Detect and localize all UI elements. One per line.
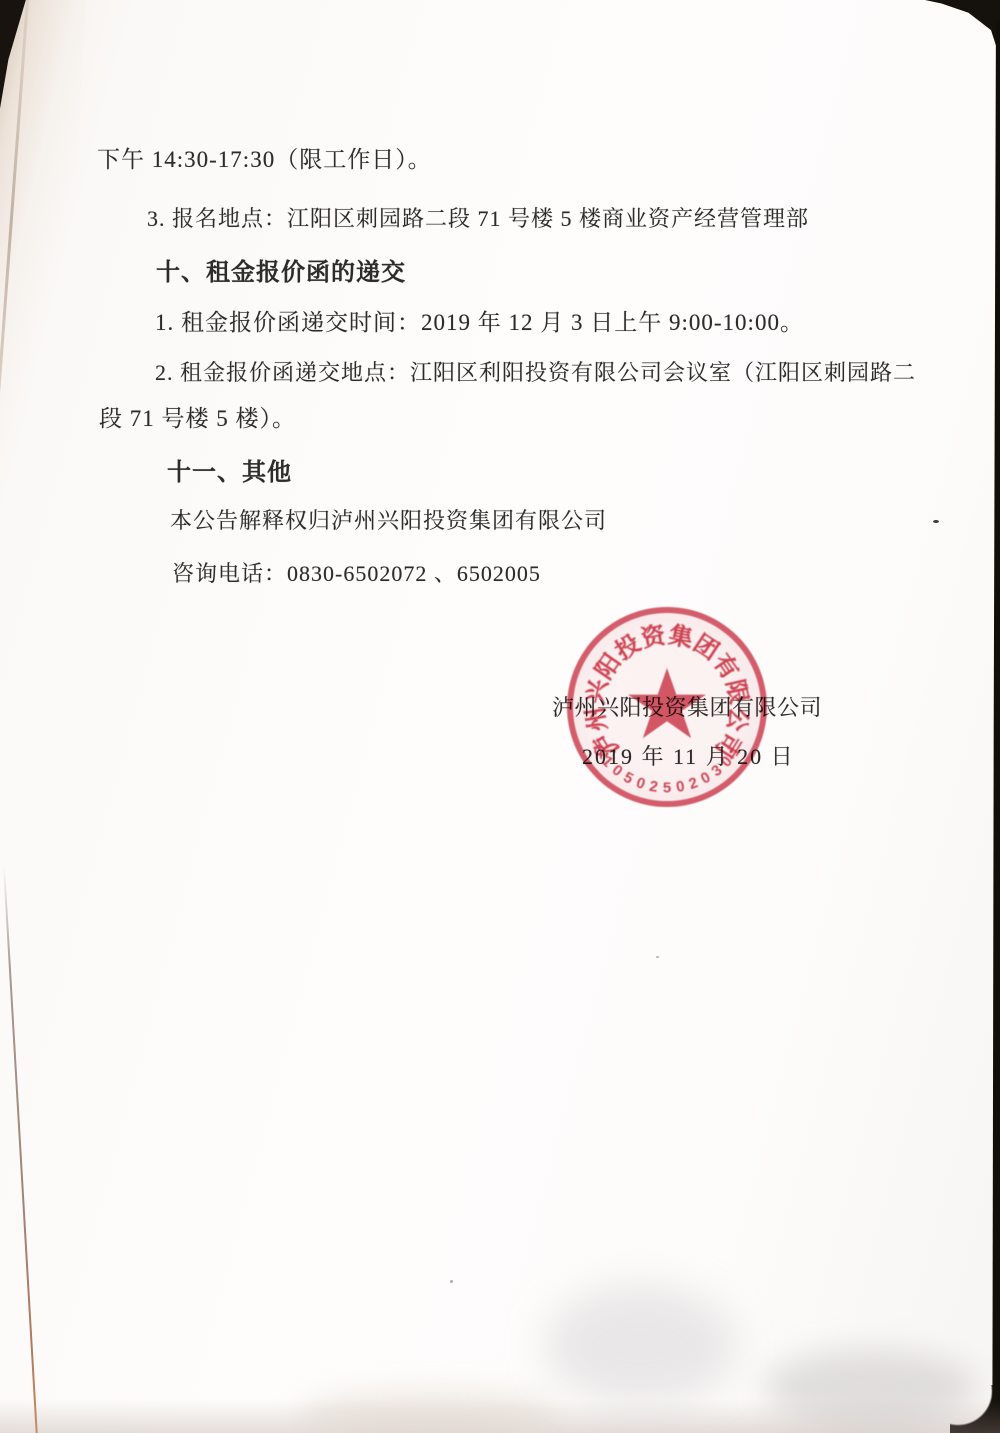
doc-line-interpretation-right: 本公告解释权归泸州兴阳投资集团有限公司 [170, 504, 607, 535]
doc-line-signup-location: 3. 报名地点：江阳区刺园路二段 71 号楼 5 楼商业资产经营管理部 [147, 202, 809, 233]
doc-line-afternoon-hours: 下午 14:30-17:30（限工作日）。 [97, 141, 432, 174]
doc-heading-section-11: 十一、其他 [167, 452, 292, 487]
doc-line-submit-time: 1. 租金报价函递交时间：2019 年 12 月 3 日上午 9:00-10:0… [155, 304, 804, 337]
doc-heading-section-10: 十、租金报价函的递交 [156, 252, 406, 287]
scan-smudge [545, 1285, 735, 1405]
scan-edge-right [991, 20, 1000, 1433]
doc-line-submit-location-cont: 段 71 号楼 5 楼）。 [99, 400, 296, 433]
scan-bottom-shadow [0, 1399, 1000, 1433]
scan-corner-top-right [925, 0, 1000, 58]
ink-speck [656, 956, 659, 958]
doc-line-inquiry-phone: 咨询电话：0830-6502072 、6502005 [172, 557, 541, 588]
paper: 下午 14:30-17:30（限工作日）。 3. 报名地点：江阳区刺园路二段 7… [0, 0, 1000, 1433]
ink-speck [450, 1280, 453, 1283]
official-seal: 泸州兴阳投资集团有限公司 5105025020301 [567, 607, 767, 807]
binding-edge-line [3, 866, 38, 1433]
doc-line-submit-location: 2. 租金报价函递交地点：江阳区利阳投资有限公司会议室（江阳区刺园路二 [155, 356, 916, 387]
page-edge-shading [0, 0, 86, 538]
scan-corner-top-left [0, 0, 60, 175]
ink-speck [933, 520, 939, 523]
